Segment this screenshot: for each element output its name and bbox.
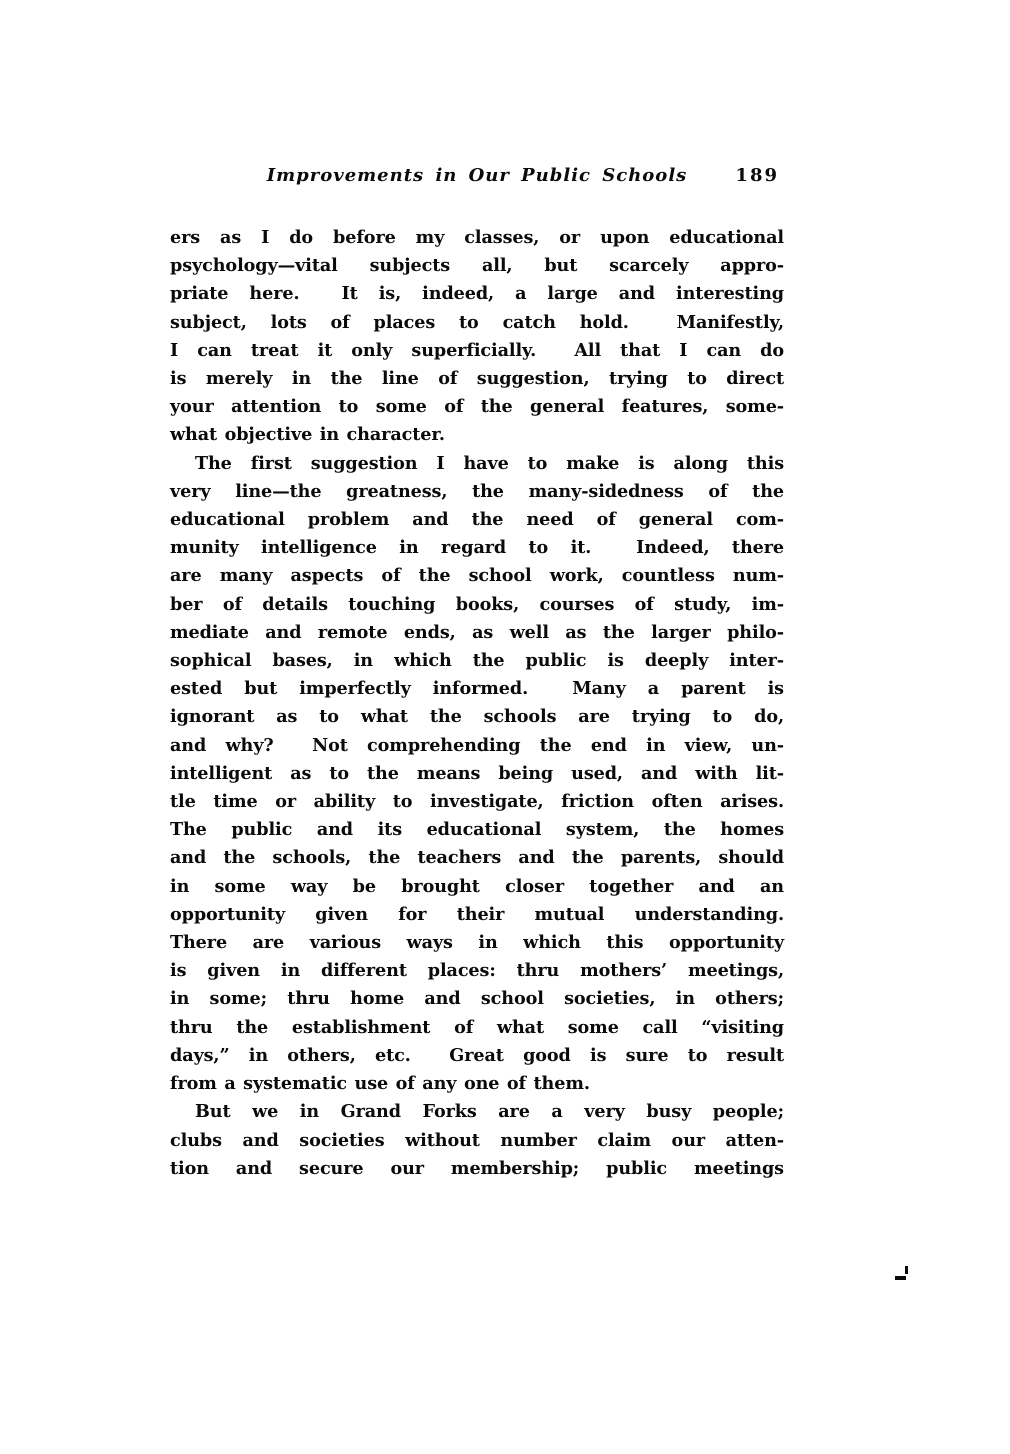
text-line: your attention to some of the general fe… [170,393,784,421]
text-line: ested but imperfectly informed. Many a p… [170,675,784,703]
text-line: tion and secure our membership; public m… [170,1155,784,1183]
ink-speck-tick [905,1266,908,1274]
ink-speck-dash [895,1276,906,1280]
text-line: priate here. It is, indeed, a large and … [170,280,784,308]
text-line: in some way be brought closer together a… [170,873,784,901]
text-line: tle time or ability to investigate, fric… [170,788,784,816]
text-line: I can treat it only superficially. All t… [170,337,784,365]
text-line: are many aspects of the school work, cou… [170,562,784,590]
text-line: very line—the greatness, the many-sidedn… [170,478,784,506]
text-line: days,” in others, etc. Great good is sur… [170,1042,784,1070]
page-number: 189 [735,161,779,191]
ink-speck [895,1266,909,1282]
text-line: The public and its educational system, t… [170,816,784,844]
text-line: clubs and societies without number claim… [170,1127,784,1155]
text-line: ers as I do before my classes, or upon e… [170,224,784,252]
text-line: what objective in character. [170,421,784,449]
text-line: sophical bases, in which the public is d… [170,647,784,675]
text-line: The first suggestion I have to make is a… [170,450,784,478]
scanned-book-page: Improvements in Our Public Schools 189 e… [0,0,1010,1454]
text-line: opportunity given for their mutual under… [170,901,784,929]
text-line: thru the establishment of what some call… [170,1014,784,1042]
text-block: ers as I do before my classes, or upon e… [170,224,784,1183]
text-line: intelligent as to the means being used, … [170,760,784,788]
text-line: psychology—vital subjects all, but scarc… [170,252,784,280]
text-line: munity intelligence in regard to it. Ind… [170,534,784,562]
text-line: There are various ways in which this opp… [170,929,784,957]
text-line: and the schools, the teachers and the pa… [170,844,784,872]
text-line: educational problem and the need of gene… [170,506,784,534]
text-line: from a systematic use of any one of them… [170,1070,784,1098]
text-line: ber of details touching books, courses o… [170,591,784,619]
text-line: in some; thru home and school societies,… [170,985,784,1013]
text-line: mediate and remote ends, as well as the … [170,619,784,647]
text-line: is merely in the line of suggestion, try… [170,365,784,393]
text-line: is given in different places: thru mothe… [170,957,784,985]
text-line: subject, lots of places to catch hold. M… [170,309,784,337]
text-line: ignorant as to what the schools are tryi… [170,703,784,731]
chapter-title: Improvements in Our Public Schools [170,161,784,191]
text-line: But we in Grand Forks are a very busy pe… [170,1098,784,1126]
running-header: Improvements in Our Public Schools 189 [170,161,784,191]
text-line: and why? Not comprehending the end in vi… [170,732,784,760]
